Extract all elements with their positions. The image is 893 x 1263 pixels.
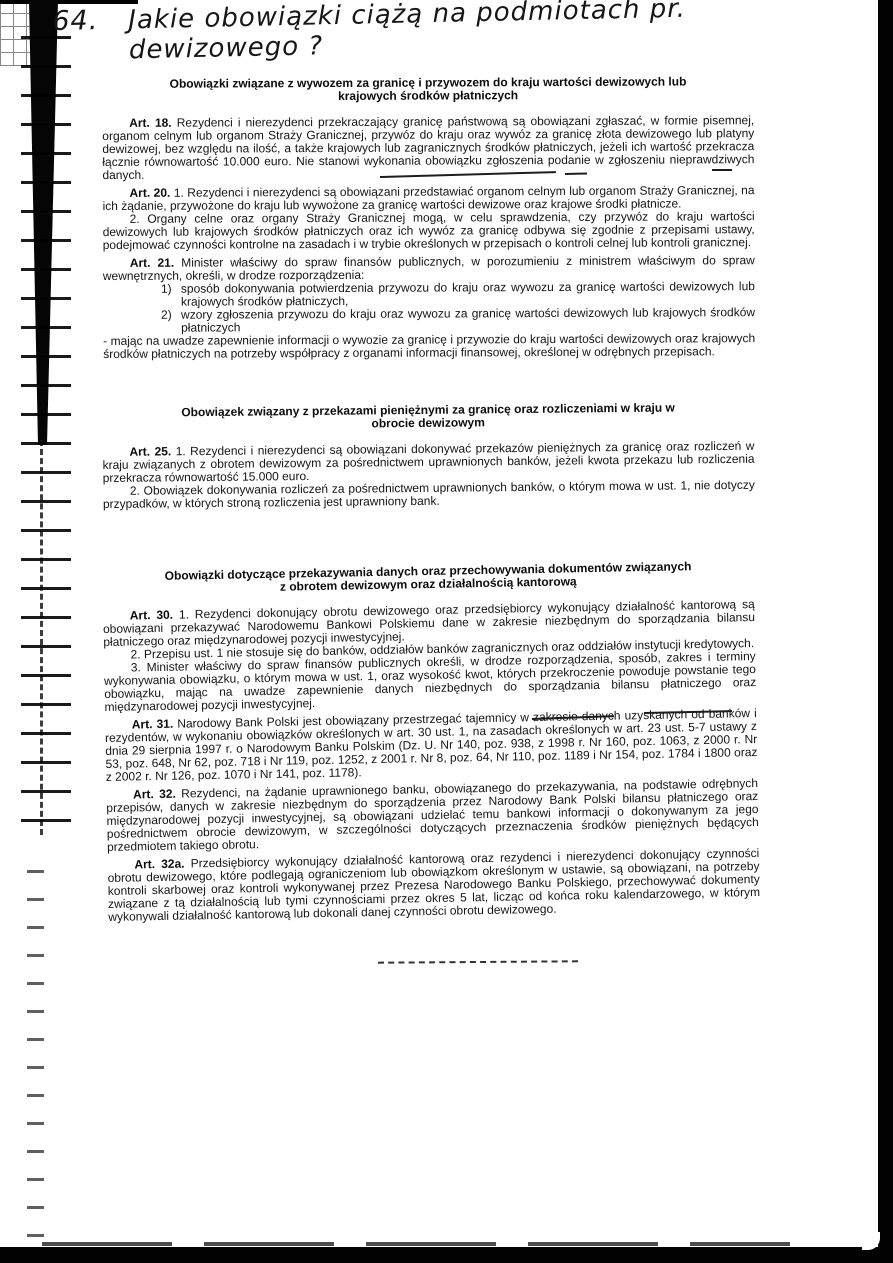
section-heading: Obowiązki związane z wywozem za granicę … [102, 75, 754, 104]
handwritten-question-number: 64. [52, 5, 99, 37]
article-32: Art. 32. Rezydenci, na żądanie uprawnion… [106, 777, 759, 854]
article-paragraph: 2. Obowiązek dokonywania rozliczeń za po… [103, 479, 755, 511]
list-item-2: 2)wzory zgłoszenia przywozu do kraju ora… [103, 306, 755, 335]
pen-mark-dash [712, 169, 732, 171]
handwritten-question-text: Jakie obowiązki ciążą na podmiotach pr. … [128, 0, 853, 65]
article-25: Art. 25. 1. Rezydenci i nierezydenci są … [102, 440, 755, 511]
article-20: Art. 20. 1. Rezydenci i nierezydenci są … [102, 184, 754, 252]
binding-dash-marks [27, 845, 44, 1240]
section-heading: Obowiązek związany z przekazami pieniężn… [102, 401, 754, 433]
section-money-transfers: Obowiązek związany z przekazami pieniężn… [102, 401, 755, 511]
article-text: Rezydenci i nierezydenci przekraczający … [102, 113, 754, 182]
article-text: 3. Minister właściwy do spraw finansów p… [104, 649, 756, 714]
section-export-import-obligations: Obowiązki związane z wywozem za granicę … [102, 75, 755, 361]
list-item-text: wzory zgłoszenia przywozu do kraju oraz … [181, 305, 755, 335]
article-closing-clause: - mając na uwadze zapewnienie informacji… [103, 332, 755, 361]
document-body: Obowiązki związane z wywozem za granicę … [102, 78, 754, 929]
article-paragraph: 2. Organy celne oraz organy Straży Grani… [103, 210, 755, 252]
section-heading: Obowiązki dotyczące przekazywania danych… [102, 559, 754, 597]
article-32a: Art. 32a. Przedsiębiorcy wykonujący dzia… [107, 847, 760, 924]
section-data-reporting: Obowiązki dotyczące przekazywania danych… [102, 559, 760, 924]
pen-dash-row [378, 960, 578, 963]
article-paragraph: Art. 31. Narodowy Bank Polski jest obowi… [105, 707, 758, 784]
article-text: Narodowy Bank Polski jest obowiązany prz… [105, 706, 758, 784]
scan-right-edge [878, 0, 893, 1252]
article-30: Art. 30. 1. Rezydenci dokonujący obrotu … [103, 598, 757, 714]
scan-top-edge [0, 0, 138, 4]
handwritten-header: 64. Jakie obowiązki ciążą na podmiotach … [52, 0, 853, 67]
article-text: 2. Obowiązek dokonywania rozliczeń za po… [103, 478, 755, 511]
list-marker: 1) [161, 283, 172, 296]
binding-tick-marks [21, 10, 71, 835]
article-18: Art. 18. Rezydenci i nierezydenci przekr… [102, 114, 754, 182]
article-text: Minister właściwy do spraw finansów publ… [103, 253, 755, 283]
scanned-document-page: { "handwritten": { "number": "64.", "que… [0, 0, 893, 1263]
article-paragraph: Art. 18. Rezydenci i nierezydenci przekr… [102, 114, 754, 182]
article-text: 2. Organy celne oraz organy Straży Grani… [103, 209, 755, 252]
list-marker: 2) [161, 309, 172, 322]
article-paragraph: Art. 32. Rezydenci, na żądanie uprawnion… [106, 777, 759, 854]
article-text: 1. Rezydenci i nierezydenci są obowiązan… [103, 183, 755, 213]
article-paragraph: 3. Minister właściwy do spraw finansów p… [104, 650, 757, 714]
article-paragraph: Art. 32a. Przedsiębiorcy wykonujący dzia… [107, 847, 760, 924]
list-item-text: sposób dokonywania potwierdzenia przywoz… [181, 279, 755, 309]
article-21: Art. 21. Minister właściwy do spraw fina… [103, 254, 755, 361]
scan-bottom-shadow [42, 1242, 790, 1246]
article-31: Art. 31. Narodowy Bank Polski jest obowi… [105, 707, 758, 784]
article-text: Rezydenci, na żądanie uprawnionego banku… [106, 776, 759, 854]
article-text: Przedsiębiorcy wykonujący działalność ka… [107, 846, 760, 924]
scan-bottom-edge [0, 1247, 893, 1263]
